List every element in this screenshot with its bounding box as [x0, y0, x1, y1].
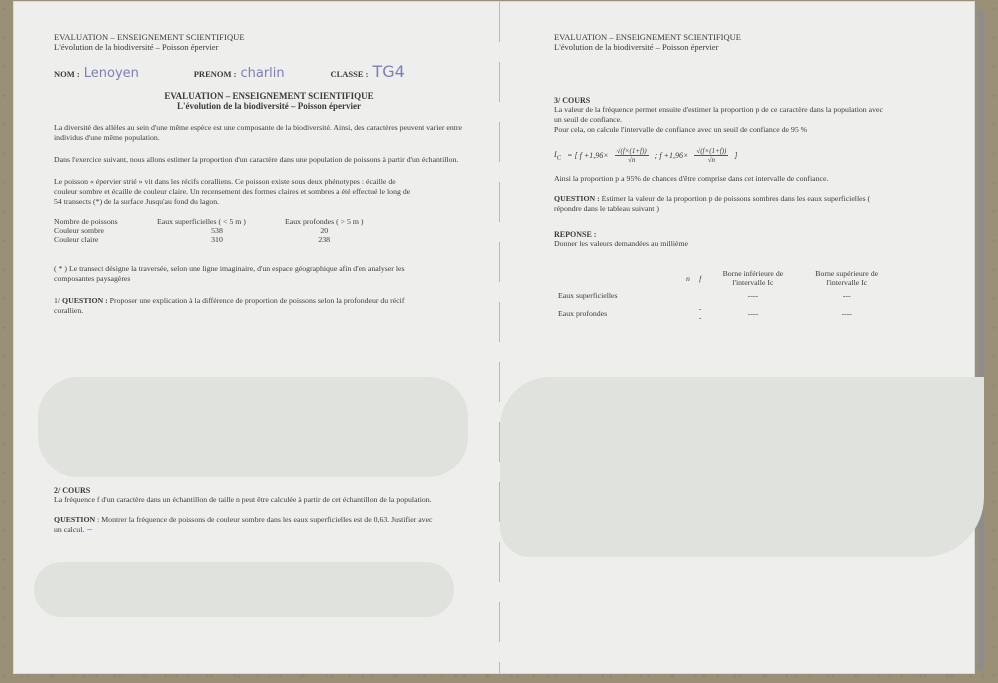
row-label: Couleur sombre [54, 226, 157, 235]
table-header: Eaux superficielles ( < 5 m ) [157, 217, 285, 226]
formula-open: = [ f +1,96× [567, 151, 609, 160]
redacted-area [38, 377, 468, 477]
reponse-block: REPONSE : Donner les valeurs demandées a… [554, 230, 974, 324]
page-header: EVALUATION – ENSEIGNEMENT SCIENTIFIQUE L… [554, 32, 974, 52]
title-line-2: L'évolution de la biodiversité – Poisson… [54, 101, 484, 111]
cours-text: Pour cela, on calcule l'intervalle de co… [554, 125, 974, 135]
table-row: Eaux profondes -- ---- ---- [554, 302, 894, 324]
section-title: 2/ COURS [54, 486, 434, 495]
formula-lhs: IC [554, 150, 561, 162]
cours-text: La fréquence f d'un caractère dans un éc… [54, 495, 434, 505]
question-number: 1/ [54, 296, 62, 305]
question-text: : Montrer la fréquence de poissons de co… [54, 515, 433, 534]
intro-paragraph-1: La diversité des allèles au sein d'une m… [54, 123, 484, 143]
page-fold-line [499, 2, 500, 673]
answer-cell[interactable]: -- [694, 302, 707, 324]
cours-2-block: 2/ COURS La fréquence f d'un caractère d… [54, 486, 434, 535]
table-row: Couleur claire 310 238 [54, 235, 371, 244]
table-row: Eaux superficielles ---- --- [554, 289, 894, 302]
table-header: f [694, 267, 707, 289]
nom-value: Lenoyen [84, 66, 194, 81]
header-line-1: EVALUATION – ENSEIGNEMENT SCIENTIFIQUE [554, 32, 974, 42]
question-label: QUESTION : [62, 296, 108, 305]
confidence-interval-formula: IC = [ f +1,96× √(f×(1+f))√n ; f +1,96× … [554, 147, 974, 164]
exam-paper: EVALUATION – ENSEIGNEMENT SCIENTIFIQUE L… [14, 2, 974, 673]
row-label: Eaux profondes [554, 302, 682, 324]
answer-cell[interactable] [682, 302, 694, 324]
answer-cell[interactable]: --- [799, 289, 894, 302]
table-row: Couleur sombre 538 20 [54, 226, 371, 235]
header-line-1: EVALUATION – ENSEIGNEMENT SCIENTIFIQUE [54, 32, 484, 42]
table-header-row: n f Borne inférieure de l'intervalle Ic … [554, 267, 894, 289]
page-header: EVALUATION – ENSEIGNEMENT SCIENTIFIQUE L… [54, 32, 484, 52]
answer-cell[interactable]: ---- [799, 302, 894, 324]
question-1: 1/ QUESTION : Proposer une explication à… [54, 296, 414, 316]
answer-table: n f Borne inférieure de l'intervalle Ic … [554, 267, 894, 324]
table-header: n [682, 267, 694, 289]
table-header: Borne inférieure de l'intervalle Ic [706, 267, 799, 289]
question-label: QUESTION [54, 515, 95, 524]
table-header [554, 267, 682, 289]
answer-cell[interactable]: ---- [706, 302, 799, 324]
intro-paragraph-3: Le poisson « épervier strié » vit dans l… [54, 177, 414, 207]
document-title: EVALUATION – ENSEIGNEMENT SCIENTIFIQUE L… [54, 91, 484, 111]
paper-edge-shadow [978, 10, 984, 670]
question-label: QUESTION : [554, 194, 600, 203]
row-label: Couleur claire [54, 235, 157, 244]
answer-cell[interactable]: ---- [706, 289, 799, 302]
question-2: QUESTION : Montrer la fréquence de poiss… [54, 515, 434, 535]
table-header: Borne supérieure de l'intervalle Ic [799, 267, 894, 289]
proportion-note: Ainsi la proportion p a 95% de chances d… [554, 174, 974, 184]
section-title: 3/ COURS [554, 96, 974, 105]
cell-value: 238 [285, 235, 371, 244]
formula-fraction: √(f×(1+f))√n [615, 147, 649, 164]
redacted-area [500, 377, 984, 557]
question-text: Estimer la valeur de la proportion p de … [554, 194, 870, 213]
table-header: Eaux profondes ( > 5 m ) [285, 217, 371, 226]
header-line-2: L'évolution de la biodiversité – Poisson… [554, 42, 974, 52]
table-header-row: Nombre de poissons Eaux superficielles (… [54, 217, 371, 226]
formula-separator: ; f +1,96× [655, 151, 689, 160]
prenom-value: charlin [240, 66, 330, 81]
reponse-instruction: Donner les valeurs demandées au millième [554, 239, 974, 249]
intro-paragraph-2: Dans l'exercice suivant, nous allons est… [54, 155, 484, 165]
title-line-1: EVALUATION – ENSEIGNEMENT SCIENTIFIQUE [54, 91, 484, 101]
cours-3-block: 3/ COURS La valeur de la fréquence perme… [554, 96, 974, 135]
question-3: QUESTION : Estimer la valeur de la propo… [554, 194, 874, 214]
row-label: Eaux superficielles [554, 289, 682, 302]
transect-footnote: ( * ) Le transect désigne la traversée, … [54, 264, 424, 284]
left-page: EVALUATION – ENSEIGNEMENT SCIENTIFIQUE L… [54, 32, 484, 316]
handwritten-mark: ~ [86, 525, 93, 534]
formula-close: ] [734, 151, 737, 160]
cell-value: 310 [157, 235, 285, 244]
formula-fraction: √(f×(1+f))√n [694, 147, 728, 164]
nom-label: NOM : [54, 69, 80, 79]
cours-text: La valeur de la fréquence permet ensuite… [554, 105, 884, 125]
cell-value: 20 [285, 226, 371, 235]
classe-value: TG4 [373, 62, 405, 81]
header-line-2: L'évolution de la biodiversité – Poisson… [54, 42, 484, 52]
redacted-area [34, 562, 454, 617]
prenom-label: PRENOM : [194, 69, 237, 79]
fish-counts-table: Nombre de poissons Eaux superficielles (… [54, 217, 371, 244]
answer-cell[interactable] [682, 289, 694, 302]
classe-label: CLASSE : [330, 69, 368, 79]
student-identity-row: NOM : Lenoyen PRENOM : charlin CLASSE : … [54, 62, 484, 81]
section-title: REPONSE : [554, 230, 974, 239]
cell-value: 538 [157, 226, 285, 235]
table-header: Nombre de poissons [54, 217, 157, 226]
right-page: EVALUATION – ENSEIGNEMENT SCIENTIFIQUE L… [554, 32, 974, 324]
answer-cell[interactable] [694, 289, 707, 302]
